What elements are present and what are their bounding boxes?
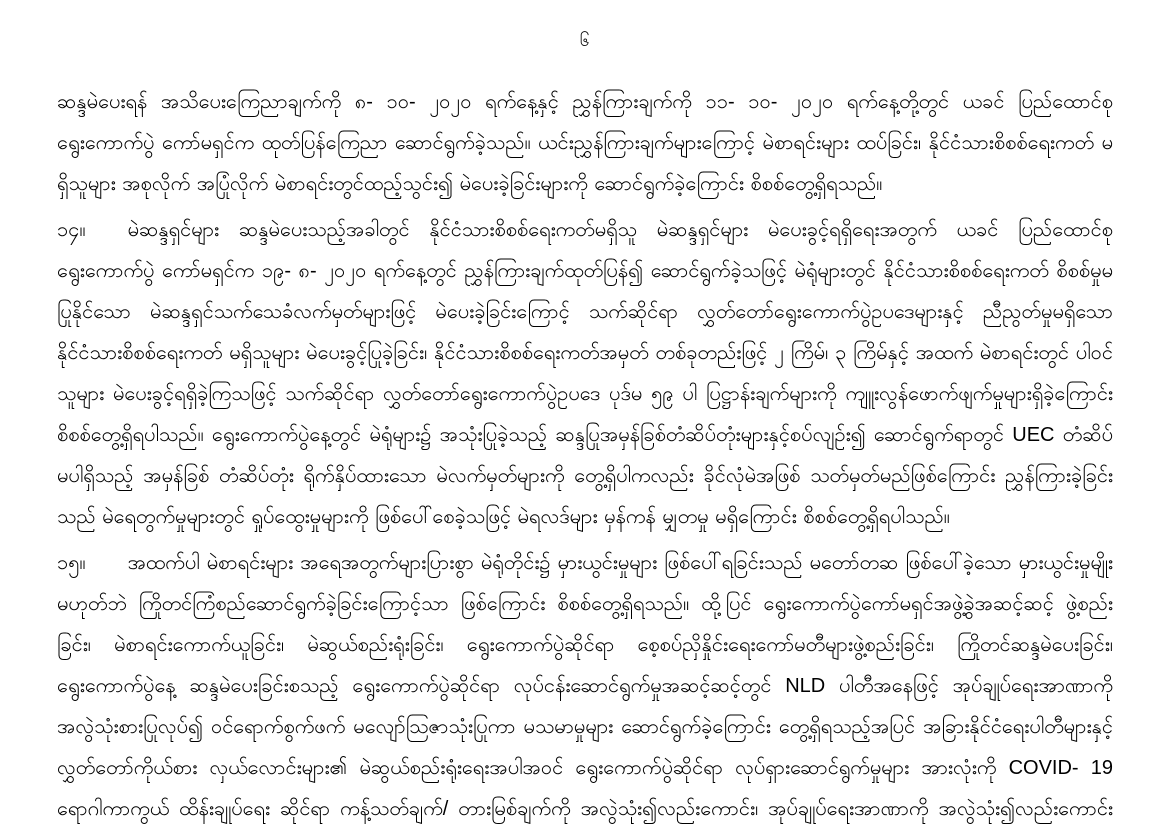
paragraph-text: ဆန္ဒမဲပေးရန် အသိပေးကြေညာချက်ကို ၈- ၁၀- ၂… <box>57 91 1113 195</box>
paragraph-text: မဲဆန္ဒရှင်များ ဆန္ဒမဲပေးသည့်အခါတွင် နိုင… <box>57 219 1113 528</box>
paragraph-marker: ၁၅။ <box>57 552 86 574</box>
document-page: ၆ ဆန္ဒမဲပေးရန် အသိပေးကြေညာချက်ကို ၈- ၁၀-… <box>0 0 1169 824</box>
paragraph-text: အထက်ပါ မဲစာရင်းများ အရေအတွက်များပြားစွာ … <box>57 552 1113 820</box>
page-number: ၆ <box>0 0 1169 54</box>
paragraph: ၁၅။အထက်ပါ မဲစာရင်းများ အရေအတွက်များပြားစ… <box>57 543 1113 824</box>
paragraph: ဆန္ဒမဲပေးရန် အသိပေးကြေညာချက်ကို ၈- ၁၀- ၂… <box>57 82 1113 205</box>
paragraph: ၁၄။မဲဆန္ဒရှင်များ ဆန္ဒမဲပေးသည့်အခါတွင် န… <box>57 210 1113 538</box>
document-body: ဆန္ဒမဲပေးရန် အသိပေးကြေညာချက်ကို ၈- ၁၀- ၂… <box>57 82 1113 824</box>
paragraph-marker: ၁၄။ <box>57 219 86 241</box>
